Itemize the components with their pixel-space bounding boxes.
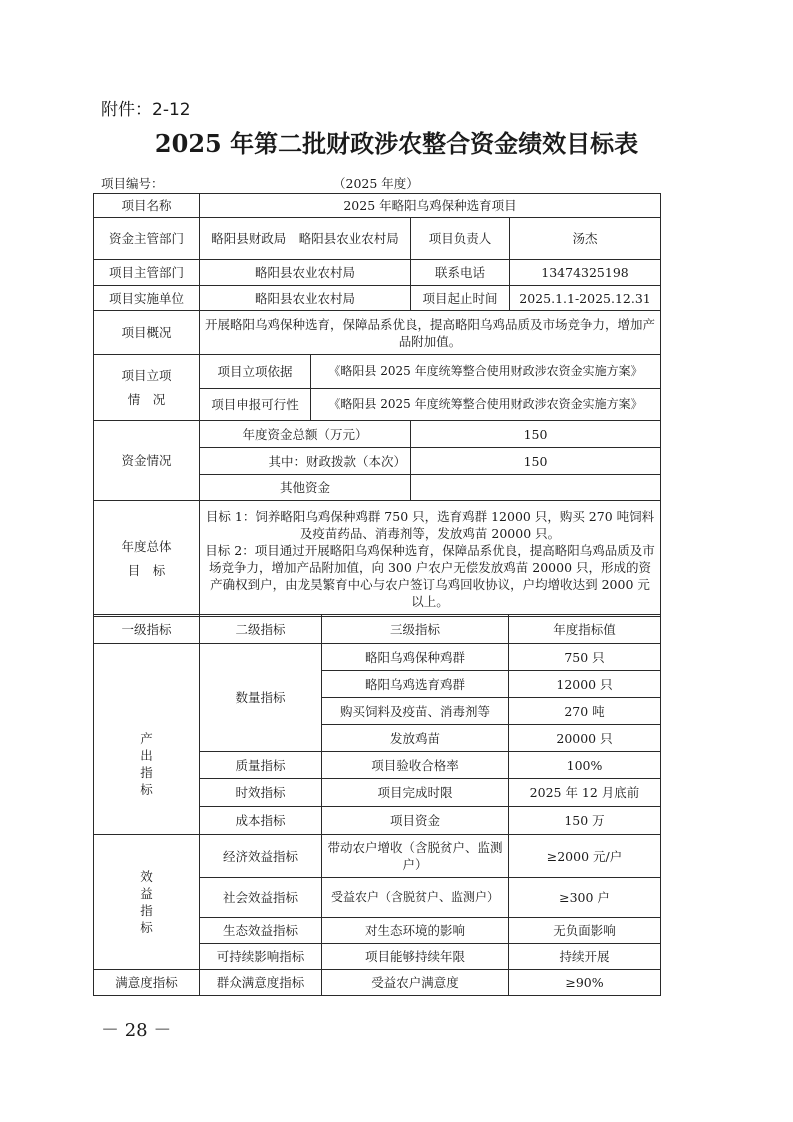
project-name-label: 项目名称 [94,194,200,218]
quantity-indicator-label: 数量指标 [200,644,322,752]
output-char: 产 [98,730,195,747]
header-level3: 三级指标 [322,615,509,644]
impl-unit-value: 略阳县农业农村局 [200,286,411,311]
funds-other-label: 其他资金 [200,475,411,501]
project-number-label: 项目编号： [101,174,164,192]
approval-label-line2: 情 况 [98,388,195,412]
funds-total-label: 年度资金总额（万元） [200,421,411,448]
leader-value: 汤杰 [510,218,661,260]
phone-label: 联系电话 [411,260,510,286]
indicator-value: 12000 只 [509,671,661,698]
indicator-value: 100% [509,752,661,779]
row-fund-dept: 资金主管部门 略阳县财政局 略阳县农业农村局 项目负责人 汤杰 [94,218,661,260]
page-number: － 28 － [101,1016,171,1042]
cost-indicator-label: 成本指标 [200,807,322,835]
output-char: 指 [98,764,195,781]
indicator-value: 150 万 [509,807,661,835]
attachment-label: 附件：2-12 [101,95,191,120]
goal-1-text: 目标 1：饲养略阳乌鸡保种鸡群 750 只，选育鸡群 12000 只，购买 27… [204,508,656,542]
output-indicator-label: 产 出 指 标 [94,644,200,835]
overview-value: 开展略阳乌鸡保种选育，保障品系优良，提高略阳乌鸡品质及市场竞争力，增加产品附加值… [200,311,661,355]
social-benefit-label: 社会效益指标 [200,878,322,918]
indicator-value: 无负面影响 [509,918,661,944]
benefit-char: 标 [98,919,195,936]
phone-value: 13474325198 [510,260,661,286]
indicator-name: 略阳乌鸡选育鸡群 [322,671,509,698]
basis-label: 项目立项依据 [200,355,311,389]
goals-label-line2: 目 标 [98,559,195,583]
public-satisfaction-label: 群众满意度指标 [200,970,322,996]
feasibility-value: 《略阳县 2025 年度统筹整合使用财政涉农资金实施方案》 [311,389,661,421]
goal-2-text: 目标 2：项目通过开展略阳乌鸡保种选育，保障品系优良，提高略阳乌鸡品质及市场竞争… [204,542,656,610]
indicator-name: 带动农户增收（含脱贫户、监测户） [322,835,509,878]
funds-fiscal-value: 150 [411,448,661,475]
row-overview: 项目概况 开展略阳乌鸡保种选育，保障品系优良，提高略阳乌鸡品质及市场竞争力，增加… [94,311,661,355]
indicator-value: 270 吨 [509,698,661,725]
goals-value: 目标 1：饲养略阳乌鸡保种鸡群 750 只，选育鸡群 12000 只，购买 27… [200,501,661,617]
indicator-row: 满意度指标 群众满意度指标 受益农户满意度 ≥90% [94,970,661,996]
indicator-table: 一级指标 二级指标 三级指标 年度指标值 产 出 指 标 数量指标 略阳乌鸡保种… [93,614,661,996]
funds-other-value [411,475,661,501]
indicator-value: ≥2000 元/户 [509,835,661,878]
indicator-name: 略阳乌鸡保种鸡群 [322,644,509,671]
benefit-char: 效 [98,868,195,885]
row-project-dept: 项目主管部门 略阳县农业农村局 联系电话 13474325198 [94,260,661,286]
approval-label-line1: 项目立项 [98,364,195,388]
feasibility-label: 项目申报可行性 [200,389,311,421]
row-project-name: 项目名称 2025 年略阳乌鸡保种选育项目 [94,194,661,218]
indicator-header-row: 一级指标 二级指标 三级指标 年度指标值 [94,615,661,644]
sustainability-label: 可持续影响指标 [200,944,322,970]
satisfaction-indicator-label: 满意度指标 [94,970,200,996]
indicator-name: 对生态环境的影响 [322,918,509,944]
indicator-value: ≥90% [509,970,661,996]
year-label: （2025 年度） [333,174,419,192]
output-char: 出 [98,747,195,764]
header-level2: 二级指标 [200,615,322,644]
project-name-value: 2025 年略阳乌鸡保种选育项目 [200,194,661,218]
row-funds-total: 资金情况 年度资金总额（万元） 150 [94,421,661,448]
timeliness-indicator-label: 时效指标 [200,779,322,807]
quality-indicator-label: 质量指标 [200,752,322,779]
indicator-name: 项目完成时限 [322,779,509,807]
indicator-value: 20000 只 [509,725,661,752]
row-approval-basis: 项目立项 情 况 项目立项依据 《略阳县 2025 年度统筹整合使用财政涉农资金… [94,355,661,389]
indicator-name: 受益农户满意度 [322,970,509,996]
indicator-value: 2025 年 12 月底前 [509,779,661,807]
overview-label: 项目概况 [94,311,200,355]
period-label: 项目起止时间 [411,286,510,311]
impl-unit-label: 项目实施单位 [94,286,200,311]
indicator-row: 效 益 指 标 经济效益指标 带动农户增收（含脱贫户、监测户） ≥2000 元/… [94,835,661,878]
funds-total-value: 150 [411,421,661,448]
period-value: 2025.1.1-2025.12.31 [510,286,661,311]
benefit-char: 益 [98,885,195,902]
indicator-name: 项目验收合格率 [322,752,509,779]
indicator-name: 项目资金 [322,807,509,835]
project-dept-value: 略阳县农业农村局 [200,260,411,286]
indicator-row: 产 出 指 标 数量指标 略阳乌鸡保种鸡群 750 只 [94,644,661,671]
header-level1: 一级指标 [94,615,200,644]
indicator-name: 购买饲料及疫苗、消毒剂等 [322,698,509,725]
basis-value: 《略阳县 2025 年度统筹整合使用财政涉农资金实施方案》 [311,355,661,389]
approval-label: 项目立项 情 况 [94,355,200,421]
economic-benefit-label: 经济效益指标 [200,835,322,878]
ecological-benefit-label: 生态效益指标 [200,918,322,944]
benefit-indicator-label: 效 益 指 标 [94,835,200,970]
goals-label-line1: 年度总体 [98,535,195,559]
indicator-value: 750 只 [509,644,661,671]
row-impl-unit: 项目实施单位 略阳县农业农村局 项目起止时间 2025.1.1-2025.12.… [94,286,661,311]
funds-label: 资金情况 [94,421,200,501]
fund-dept-value: 略阳县财政局 略阳县农业农村局 [200,218,411,260]
funds-fiscal-label: 其中：财政拨款（本次） [200,448,411,475]
goals-label: 年度总体 目 标 [94,501,200,617]
output-char: 标 [98,781,195,798]
indicator-value: 持续开展 [509,944,661,970]
fund-dept-label: 资金主管部门 [94,218,200,260]
indicator-value: ≥300 户 [509,878,661,918]
project-dept-label: 项目主管部门 [94,260,200,286]
indicator-name: 项目能够持续年限 [322,944,509,970]
benefit-char: 指 [98,902,195,919]
page-title: 2025 年第二批财政涉农整合资金绩效目标表 [0,124,793,159]
header-annual-value: 年度指标值 [509,615,661,644]
leader-label: 项目负责人 [411,218,510,260]
indicator-name: 发放鸡苗 [322,725,509,752]
indicator-name: 受益农户（含脱贫户、监测户） [322,878,509,918]
row-annual-goals: 年度总体 目 标 目标 1：饲养略阳乌鸡保种鸡群 750 只，选育鸡群 1200… [94,501,661,617]
performance-target-table: 项目名称 2025 年略阳乌鸡保种选育项目 资金主管部门 略阳县财政局 略阳县农… [93,193,661,617]
